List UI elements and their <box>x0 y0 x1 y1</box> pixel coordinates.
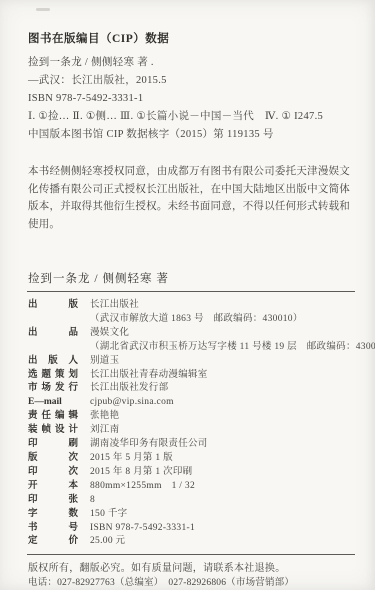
field-value: 2015 年 5 月第 1 版 <box>90 452 173 466</box>
colophon-row-distribution: 市场发行 长江出版社发行部 <box>28 382 355 396</box>
book-title: 捡到一条龙 / 侧侧轻寒 著 <box>28 270 355 286</box>
field-value: 漫娱文化 <box>90 327 129 341</box>
colophon-row-printer: 印刷 湖南凌华印务有限责任公司 <box>28 438 355 452</box>
field-label: 版次 <box>28 452 78 466</box>
field-label: 出版人 <box>28 355 78 369</box>
field-value: 150 千字 <box>90 508 127 522</box>
cip-classification-line: Ⅰ. ①捡… Ⅱ. ①侧… Ⅲ. ①长篇小说－中国－当代 Ⅳ. ① I247.5 <box>28 108 355 126</box>
colophon-row-wordcount: 字数 150 千字 <box>28 508 355 522</box>
field-label: 开本 <box>28 480 78 494</box>
field-value: 长江出版社青春动漫编辑室 <box>90 369 208 383</box>
colophon-row-format: 开本 880mm×1255mm 1 / 32 <box>28 480 355 494</box>
cip-section: 图书在版编目（CIP）数据 捡到一条龙 / 侧侧轻寒 著 . —武汉：长江出版社… <box>28 30 355 144</box>
field-value: 880mm×1255mm 1 / 32 <box>90 480 195 494</box>
field-value: 2015 年 8 月第 1 次印刷 <box>90 466 192 480</box>
colophon-row-producer: 出品 漫娱文化 <box>28 327 355 341</box>
colophon-row-design: 装帧设计 刘江南 <box>28 424 355 438</box>
field-label: 印刷 <box>28 438 78 452</box>
field-label: 字数 <box>28 508 78 522</box>
field-value: 张艳艳 <box>90 410 119 424</box>
field-value: 湖南凌华印务有限责任公司 <box>90 438 208 452</box>
field-label: 定价 <box>28 535 78 549</box>
field-value: 刘江南 <box>90 424 119 438</box>
authorization-paragraph: 本书经侧侧轻寒授权同意，由成都万有图书有限公司委托天津漫娱文化传播有限公司正式授… <box>28 163 350 233</box>
colophon-row-producer-address: （湖北省武汉市积玉桥万达写字楼 11 号楼 19 层 邮政编码：430060） <box>28 341 355 355</box>
field-value: 25.00 元 <box>90 535 125 549</box>
contact-phones: 电话：027-82927763（总编室） 027-82926806（市场营销部） <box>28 576 355 590</box>
field-label: 印张 <box>28 494 78 508</box>
cip-heading: 图书在版编目（CIP）数据 <box>28 30 355 46</box>
field-value: ISBN 978-7-5492-3331-1 <box>90 522 195 536</box>
colophon-row-email: E—mail cjpub@vip.sina.com <box>28 396 355 410</box>
colophon-row-printing: 印次 2015 年 8 月第 1 次印刷 <box>28 466 355 480</box>
field-value: （湖北省武汉市积玉桥万达写字楼 11 号楼 19 层 邮政编码：430060） <box>90 341 375 355</box>
cip-title-line: 捡到一条龙 / 侧侧轻寒 著 . <box>28 54 355 72</box>
colophon-row-publisher-address: （武汉市解放大道 1863 号 邮政编码：430010） <box>28 313 355 327</box>
field-label: 责任编辑 <box>28 410 78 424</box>
field-label: 市场发行 <box>28 382 78 396</box>
scan-artifact <box>36 8 50 11</box>
cip-publisher-line: —武汉：长江出版社，2015.5 <box>28 72 355 90</box>
footer-divider <box>27 554 355 555</box>
field-label: E—mail <box>28 396 78 410</box>
title-divider <box>27 291 355 292</box>
colophon-row-isbn: 书号 ISBN 978-7-5492-3331-1 <box>28 522 355 536</box>
field-label: 印次 <box>28 466 78 480</box>
field-value: （武汉市解放大道 1863 号 邮政编码：430010） <box>90 313 303 327</box>
colophon-row-sheets: 印张 8 <box>28 494 355 508</box>
copyright-notice: 版权所有，翻版必究。如有质量问题，请联系本社退换。 <box>28 561 355 576</box>
cip-isbn-line: ISBN 978-7-5492-3331-1 <box>28 90 355 108</box>
colophon-row-price: 定价 25.00 元 <box>28 535 355 549</box>
field-label: 出版 <box>28 299 78 313</box>
colophon-row-publisher: 出版 长江出版社 <box>28 299 355 313</box>
field-label: 装帧设计 <box>28 424 78 438</box>
field-value: 长江出版社 <box>90 299 139 313</box>
field-label: 选题策划 <box>28 369 78 383</box>
field-value: 长江出版社发行部 <box>90 382 168 396</box>
field-label: 出品 <box>28 327 78 341</box>
colophon-row-publisher-person: 出版人 别道玉 <box>28 355 355 369</box>
field-value: cjpub@vip.sina.com <box>90 396 174 410</box>
colophon-row-editor: 责任编辑 张艳艳 <box>28 410 355 424</box>
colophon-row-planning: 选题策划 长江出版社青春动漫编辑室 <box>28 369 355 383</box>
colophon-row-edition: 版次 2015 年 5 月第 1 版 <box>28 452 355 466</box>
colophon-table: 出版 长江出版社 （武汉市解放大道 1863 号 邮政编码：430010） 出品… <box>28 299 355 549</box>
field-label: 书号 <box>28 522 78 536</box>
field-value: 8 <box>90 494 95 508</box>
cip-record-number-line: 中国版本图书馆 CIP 数据核字（2015）第 119135 号 <box>28 126 355 144</box>
field-value: 别道玉 <box>90 355 119 369</box>
scanned-copyright-page: 图书在版编目（CIP）数据 捡到一条龙 / 侧侧轻寒 著 . —武汉：长江出版社… <box>0 0 375 590</box>
